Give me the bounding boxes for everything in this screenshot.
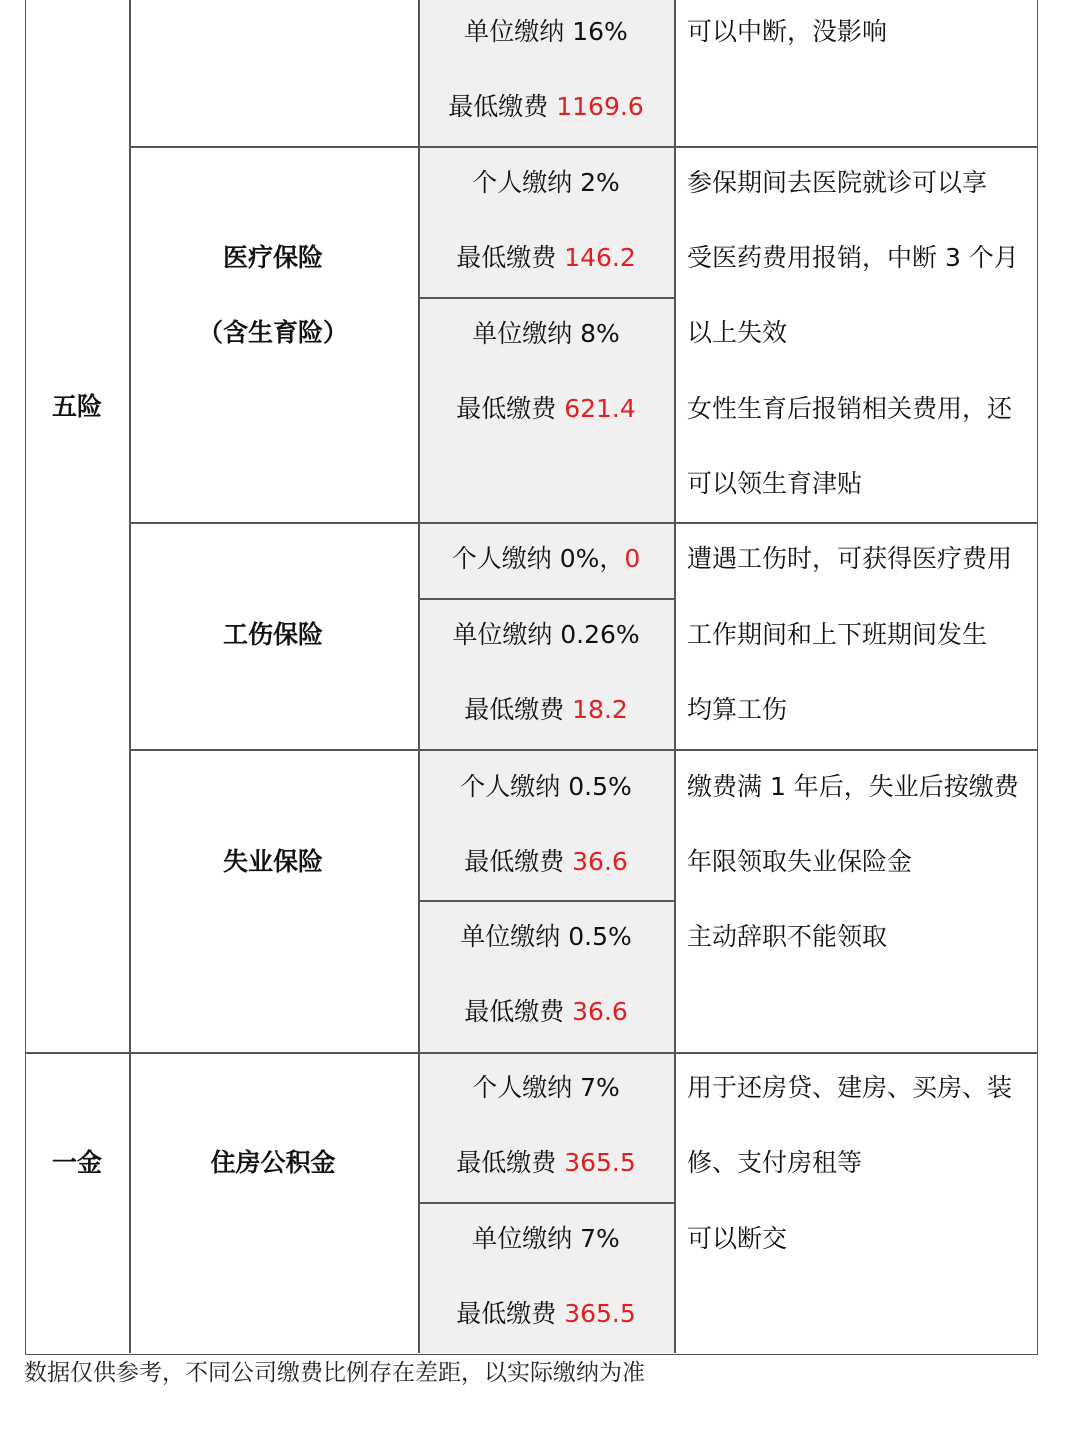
- col-divider-2: [418, 0, 420, 1353]
- insurance-name-medical: 医疗保险: [223, 243, 323, 273]
- note-line: 年限领取失业保险金: [687, 847, 912, 877]
- subrow-divider-unemployment: [418, 900, 675, 902]
- note-line: 受医药费用报销，中断 3 个月: [687, 243, 1019, 273]
- note-line: 用于还房贷、建房、买房、装: [687, 1073, 1012, 1103]
- note-line: 均算工伤: [687, 695, 787, 725]
- note-line: 修、支付房租等: [687, 1148, 862, 1178]
- min-payment: 最低缴费 36.6: [464, 997, 628, 1027]
- note-line: 可以中断，没影响: [687, 17, 887, 47]
- note-line: 遭遇工伤时，可获得医疗费用: [687, 544, 1012, 574]
- note-line: 可以领生育津贴: [687, 469, 862, 499]
- note-line: 工作期间和上下班期间发生: [687, 620, 987, 650]
- note-line: 女性生育后报销相关费用，还: [687, 394, 1012, 424]
- subrow-divider-medical: [418, 297, 675, 299]
- insurance-name-housing-fund: 住房公积金: [210, 1148, 335, 1178]
- min-payment: 最低缴费 18.2: [464, 695, 628, 725]
- group-label-one-fund: 一金: [52, 1148, 102, 1178]
- row-divider-pension-medical: [129, 146, 1037, 148]
- min-payment: 最低缴费 365.5: [456, 1299, 636, 1329]
- min-payment-value: 621.4: [564, 394, 636, 423]
- col-divider-1: [129, 0, 131, 1353]
- payment-rate: 个人缴纳 7%: [472, 1073, 620, 1103]
- note-line: 主动辞职不能领取: [687, 922, 887, 952]
- payment-rate: 个人缴纳 0.5%: [460, 772, 631, 802]
- min-payment: 最低缴费 1169.6: [448, 92, 643, 122]
- min-payment: 最低缴费 365.5: [456, 1148, 636, 1178]
- note-line: 可以断交: [687, 1224, 787, 1254]
- min-payment: 最低缴费 621.4: [456, 394, 636, 424]
- insurance-name-unemployment: 失业保险: [223, 847, 323, 877]
- min-payment-value: 1169.6: [556, 92, 643, 121]
- payment-rate: 个人缴纳 0%，0: [452, 544, 641, 574]
- insurance-name-work-injury: 工伤保险: [223, 620, 323, 650]
- row-divider-injury-unemployment: [129, 749, 1037, 751]
- insurance-subname-medical: （含生育险）: [198, 318, 348, 348]
- min-payment-value: 365.5: [564, 1299, 636, 1328]
- subrow-divider-injury: [418, 598, 675, 600]
- footnote: 数据仅供参考，不同公司缴费比例存在差距，以实际缴纳为准: [24, 1358, 645, 1388]
- subrow-divider-housing: [418, 1202, 675, 1204]
- min-payment-value: 146.2: [564, 243, 636, 272]
- min-payment-value: 0: [624, 544, 640, 573]
- row-divider-medical-injury: [129, 522, 1037, 524]
- payment-rate: 单位缴纳 16%: [464, 17, 628, 47]
- min-payment-value: 18.2: [572, 695, 628, 724]
- payment-rate: 单位缴纳 8%: [472, 319, 620, 349]
- col-divider-3: [674, 0, 676, 1353]
- min-payment: 最低缴费 36.6: [464, 847, 628, 877]
- min-payment-value: 36.6: [572, 847, 628, 876]
- min-payment-value: 36.6: [572, 997, 628, 1026]
- payment-rate: 单位缴纳 0.5%: [460, 922, 631, 952]
- min-payment-value: 365.5: [564, 1148, 636, 1177]
- row-divider-five-one: [26, 1052, 1037, 1054]
- payment-rate: 个人缴纳 2%: [472, 168, 620, 198]
- note-line: 缴费满 1 年后，失业后按缴费: [687, 772, 1019, 802]
- payment-rate: 单位缴纳 0.26%: [452, 620, 639, 650]
- note-line: 参保期间去医院就诊可以享: [687, 168, 987, 198]
- payment-rate: 单位缴纳 7%: [472, 1224, 620, 1254]
- note-line: 以上失效: [687, 318, 787, 348]
- group-label-five-insurances: 五险: [52, 392, 102, 422]
- min-payment: 最低缴费 146.2: [456, 243, 636, 273]
